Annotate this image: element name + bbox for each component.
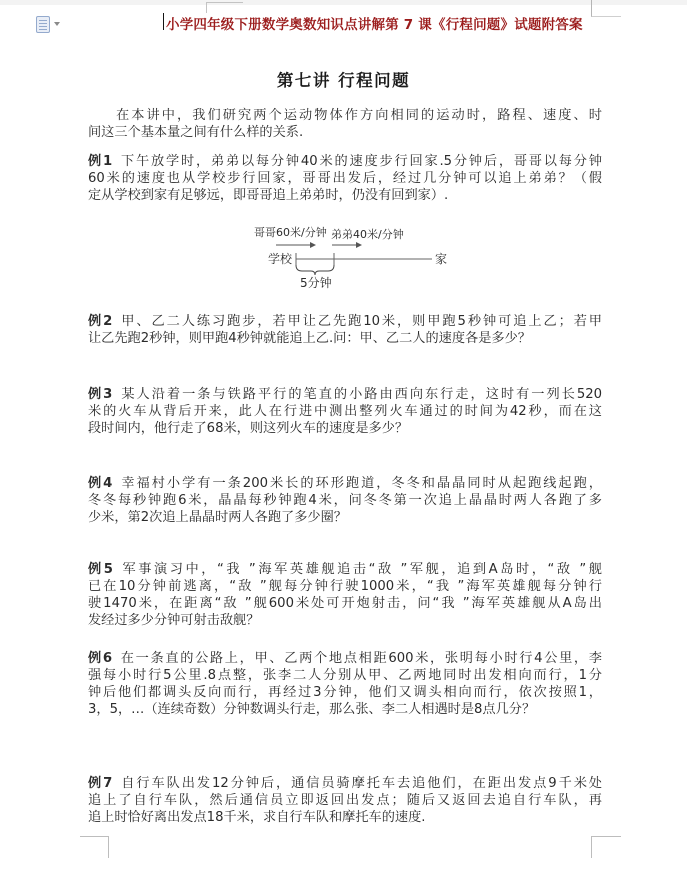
problem-line: 定从学校到家有足够远，即哥哥追上弟弟时，仍没有回到家）. (88, 187, 602, 204)
problem-ex4: 例4幸福村小学有一条200米长的环形跑道，冬冬和晶晶同时从起跑线起跑， 冬冬每秒… (88, 475, 602, 526)
problem-line: 60米的速度也从学校步行回家，哥哥出发后，经过几分钟可以追上弟弟？（假 (88, 170, 602, 187)
younger-brother-speed-label: 弟弟40米/分钟 (331, 227, 404, 241)
problem-line: 冬冬每秒钟跑6米，晶晶每秒钟跑4米，问冬冬第一次追上晶晶时两人各跑了多 (88, 492, 602, 509)
problem-label: 例5 (88, 562, 113, 577)
problem-label: 例6 (88, 651, 112, 666)
paragraph-line: 在本讲中，我们研究两个运动物体作方向相同的运动时，路程、速度、时 (88, 107, 602, 124)
section-heading: 第七讲 行程问题 (0, 67, 687, 91)
problem-line: 发经过多少分钟可射击敌舰？ (88, 612, 602, 629)
problem-line: 强每小时行5公里.8点整，张李二人分别从甲、乙两地同时出发相向而行，1分 (88, 667, 602, 684)
problem-line: 让乙先跑2秒钟，则甲跑4秒钟就能追上乙.问：甲、乙二人的速度各是多少？ (88, 330, 602, 347)
problem-first-line: 例5军事演习中，“我 ”海军英雄舰追击“敌 ”军舰，追到A岛时，“敌 ”舰 (88, 561, 602, 578)
five-minutes-label: 5分钟 (300, 275, 332, 290)
problem-line: 少米，第2次追上晶晶时两人各跑了多少圈？ (88, 509, 602, 526)
problem-label: 例4 (88, 476, 112, 491)
diagram-canvas: 哥哥60米/分钟 弟弟40米/分钟 学校 家 5分钟 (228, 226, 452, 290)
school-label: 学校 (268, 251, 293, 266)
problem-line: 钟后他们都调头反向而行，再经过3分钟，他们又调头相向而行，依次按照1， (88, 684, 602, 701)
problem-ex7: 例7自行车队出发12分钟后，通信员骑摩托车去追他们，在距出发点9千米处 追上了自… (88, 775, 602, 826)
problem-ex2: 例2甲、乙二人练习跑步，若甲让乙先跑10米，则甲跑5秒钟可追上乙；若甲 让乙先跑… (88, 313, 602, 347)
problem-line: 追上时恰好离出发点18千米，求自行车队和摩托车的速度. (88, 809, 602, 826)
text-cursor (163, 13, 164, 30)
route-line (296, 253, 432, 265)
problem-first-line: 例2甲、乙二人练习跑步，若甲让乙先跑10米，则甲跑5秒钟可追上乙；若甲 (88, 313, 602, 330)
problem-ex1: 例1下午放学时，弟弟以每分钟40米的速度步行回家.5分钟后，哥哥以每分钟 60米… (88, 153, 602, 204)
problem-text: 幸福村小学有一条200米长的环形跑道，冬冬和晶晶同时从起跑线起跑， (119, 476, 602, 491)
paragraph-line: 间这三个基本量之间有什么样的关系. (88, 124, 602, 141)
problem-ex3: 例3某人沿着一条与铁路平行的笔直的小路由西向东行走，这时有一列长520 米的火车… (88, 386, 602, 437)
problem-first-line: 例4幸福村小学有一条200米长的环形跑道，冬冬和晶晶同时从起跑线起跑， (88, 475, 602, 492)
page-corner-mark (206, 2, 243, 13)
problem-label: 例3 (88, 387, 112, 402)
problem-ex5: 例5军事演习中，“我 ”海军英雄舰追击“敌 ”军舰，追到A岛时，“敌 ”舰 已在… (88, 561, 602, 629)
problem-first-line: 例7自行车队出发12分钟后，通信员骑摩托车去追他们，在距出发点9千米处 (88, 775, 602, 792)
problem-line: 追上了自行车队，然后通信员立即返回出发点；随后又返回去追自行车队，再 (88, 792, 602, 809)
problem-text: 在一条直的公路上，甲、乙两个地点相距600米，张明每小时行4公里，李 (119, 651, 602, 666)
problem-ex6: 例6在一条直的公路上，甲、乙两个地点相距600米，张明每小时行4公里，李 强每小… (88, 650, 602, 718)
problem-first-line: 例3某人沿着一条与铁路平行的笔直的小路由西向东行走，这时有一列长520 (88, 386, 602, 403)
page-corner-mark (591, 836, 621, 858)
example1-diagram: 哥哥60米/分钟 弟弟40米/分钟 学校 家 5分钟 (228, 226, 452, 290)
problem-line: 段时间内，他行走了68米，则这列火车的速度是多少？ (88, 420, 602, 437)
problem-text: 某人沿着一条与铁路平行的笔直的小路由西向东行走，这时有一列长520 (119, 387, 602, 402)
problem-text: 军事演习中，“我 ”海军英雄舰追击“敌 ”军舰，追到A岛时，“敌 ”舰 (120, 562, 602, 577)
paste-options-button[interactable] (36, 12, 72, 36)
document-title: 小学四年级下册数学奥数知识点讲解第 7 课《行程问题》试题附答案 (166, 13, 583, 33)
problem-text: 下午放学时，弟弟以每分钟40米的速度步行回家.5分钟后，哥哥以每分钟 (119, 154, 602, 169)
problem-text: 自行车队出发12分钟后，通信员骑摩托车去追他们，在距出发点9千米处 (119, 776, 602, 791)
problem-line: 米的火车从背后开来，此人在行进中测出整列火车通过的时间为42秒，而在这 (88, 403, 602, 420)
problem-line: 3，5，…（连续奇数）分钟数调头行走，那么张、李二人相遇时是8点几分？ (88, 701, 602, 718)
intro-paragraph: 在本讲中，我们研究两个运动物体作方向相同的运动时，路程、速度、时 间这三个基本量… (88, 107, 602, 141)
paste-options-icon (36, 16, 50, 33)
chevron-down-icon (54, 22, 60, 26)
problem-label: 例2 (88, 314, 112, 329)
problem-line: 驶1470米，在距离“敌 ”舰600米处可开炮射击，问“我 ”海军英雄舰从A岛出 (88, 595, 602, 612)
problem-text: 甲、乙二人练习跑步，若甲让乙先跑10米，则甲跑5秒钟可追上乙；若甲 (119, 314, 602, 329)
window-top-edge (0, 0, 687, 5)
document-page: 小学四年级下册数学奥数知识点讲解第 7 课《行程问题》试题附答案 第七讲 行程问… (0, 0, 687, 879)
left-arrow-icon (276, 242, 316, 248)
home-label: 家 (435, 251, 447, 266)
problem-first-line: 例1下午放学时，弟弟以每分钟40米的速度步行回家.5分钟后，哥哥以每分钟 (88, 153, 602, 170)
brother-speed-label: 哥哥60米/分钟 (254, 226, 327, 239)
problem-label: 例1 (88, 154, 112, 169)
problem-first-line: 例6在一条直的公路上，甲、乙两个地点相距600米，张明每小时行4公里，李 (88, 650, 602, 667)
right-arrow-icon (332, 242, 362, 248)
page-corner-mark (591, 0, 621, 17)
brace-icon (296, 265, 334, 275)
problem-label: 例7 (88, 776, 112, 791)
problem-line: 已在10分钟前逃离，“敌 ”舰每分钟行驶1000米，“我 ”海军英雄舰每分钟行 (88, 578, 602, 595)
page-corner-mark (80, 836, 109, 858)
